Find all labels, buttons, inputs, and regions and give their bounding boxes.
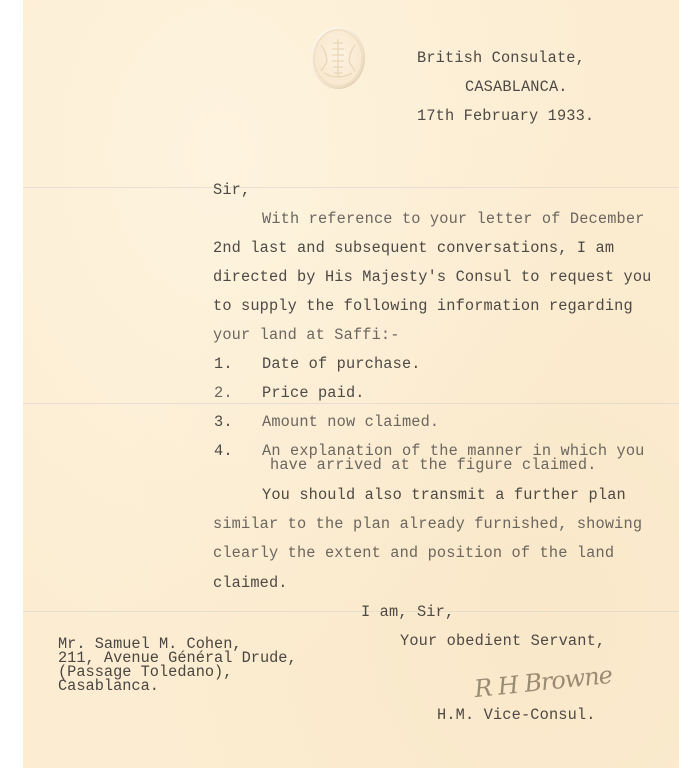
body-line: 2nd last and subsequent conversations, I… <box>213 241 614 256</box>
list-item-number: 3. <box>214 415 233 430</box>
list-item-number: 1. <box>214 357 233 372</box>
body-line: claimed. <box>213 576 288 591</box>
body-line: similar to the plan already furnished, s… <box>213 517 642 532</box>
fold-line <box>23 403 679 405</box>
list-item-number: 2. <box>214 386 233 401</box>
fold-line <box>23 187 679 189</box>
list-item-text: Amount now claimed. <box>262 415 439 430</box>
letter-date: 17th February 1933. <box>417 109 594 124</box>
body-line: With reference to your letter of Decembe… <box>262 212 645 227</box>
fold-line <box>23 611 679 613</box>
list-item-text: Date of purchase. <box>262 357 421 372</box>
closing-line: Your obedient Servant, <box>400 634 605 649</box>
letterhead-city: CASABLANCA. <box>465 80 568 95</box>
royal-coat-of-arms-emboss-icon <box>311 27 365 89</box>
body-line: clearly the extent and position of the l… <box>213 546 614 561</box>
body-line: your land at Saffi:- <box>213 328 400 343</box>
signatory-title: H.M. Vice-Consul. <box>437 708 596 723</box>
body-line: directed by His Majesty's Consul to requ… <box>213 270 652 285</box>
body-line: to supply the following information rega… <box>213 299 633 314</box>
list-item-continuation: have arrived at the figure claimed. <box>270 458 597 473</box>
letterhead-office: British Consulate, <box>417 51 585 66</box>
address-line: Casablanca. <box>58 679 297 693</box>
closing-line: I am, Sir, <box>361 605 454 620</box>
list-item-text: Price paid. <box>262 386 365 401</box>
salutation: Sir, <box>213 183 250 198</box>
list-item-number: 4. <box>214 444 233 459</box>
recipient-address: Mr. Samuel M. Cohen,211, Avenue Général … <box>58 637 297 693</box>
body-line: You should also transmit a further plan <box>262 488 626 503</box>
